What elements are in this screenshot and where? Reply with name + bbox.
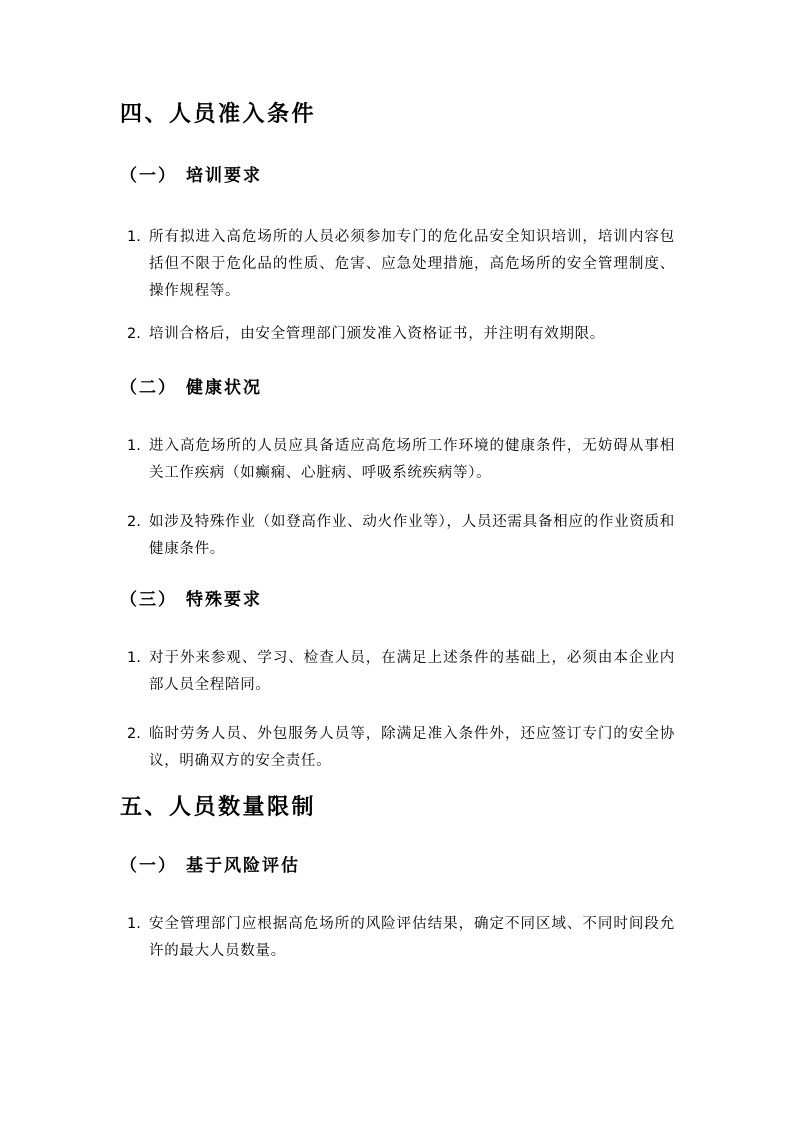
item-text: 如涉及特殊作业（如登高作业、动火作业等），人员还需具备相应的作业资质和健康条件。: [149, 514, 675, 557]
item-text: 所有拟进入高危场所的人员必须参加专门的危化品安全知识培训，培训内容包括但不限于危…: [149, 229, 675, 299]
item-number: 2.: [127, 509, 141, 536]
subsection-number: （三）: [120, 590, 177, 610]
item-text: 对于外来参观、学习、检查人员，在满足上述条件的基础上，必须由本企业内部人员全程陪…: [149, 650, 675, 693]
subsection-number: （二）: [120, 378, 177, 398]
subsection-title: 健康状况: [186, 378, 262, 398]
item-text: 安全管理部门应根据高危场所的风险评估结果，确定不同区域、不同时间段允许的最大人员…: [149, 916, 675, 959]
item-text: 临时劳务人员、外包服务人员等，除满足准入条件外，还应签订专门的安全协议，明确双方…: [149, 726, 675, 769]
list-item: 2. 临时劳务人员、外包服务人员等，除满足准入条件外，还应签订专门的安全协议，明…: [120, 721, 675, 775]
section-heading-4: 四、人员准入条件: [120, 100, 675, 130]
item-number: 2.: [127, 321, 141, 348]
list-item: 1. 所有拟进入高危场所的人员必须参加专门的危化品安全知识培训，培训内容包括但不…: [120, 224, 675, 305]
subsection-title: 培训要求: [186, 166, 262, 186]
numbered-list: 1. 对于外来参观、学习、检查人员，在满足上述条件的基础上，必须由本企业内部人员…: [120, 645, 675, 775]
subsection-heading-special: （三）特殊要求: [120, 588, 675, 612]
list-item: 1. 进入高危场所的人员应具备适应高危场所工作环境的健康条件，无妨碍从事相关工作…: [120, 433, 675, 487]
document-page: 四、人员准入条件 （一）培训要求 1. 所有拟进入高危场所的人员必须参加专门的危…: [0, 0, 793, 1122]
numbered-list: 1. 所有拟进入高危场所的人员必须参加专门的危化品安全知识培训，培训内容包括但不…: [120, 224, 675, 348]
numbered-list: 1. 安全管理部门应根据高危场所的风险评估结果，确定不同区域、不同时间段允许的最…: [120, 911, 675, 965]
item-number: 1.: [127, 911, 141, 938]
item-number: 2.: [127, 721, 141, 748]
list-item: 1. 安全管理部门应根据高危场所的风险评估结果，确定不同区域、不同时间段允许的最…: [120, 911, 675, 965]
subsection-heading-training: （一）培训要求: [120, 164, 675, 188]
subsection-title: 特殊要求: [186, 590, 262, 610]
item-number: 1.: [127, 224, 141, 251]
subsection-heading-health: （二）健康状况: [120, 376, 675, 400]
item-number: 1.: [127, 645, 141, 672]
section-heading-5: 五、人员数量限制: [120, 793, 675, 823]
list-item: 2. 培训合格后，由安全管理部门颁发准入资格证书，并注明有效期限。: [120, 321, 675, 348]
item-text: 培训合格后，由安全管理部门颁发准入资格证书，并注明有效期限。: [149, 326, 605, 342]
subsection-title: 基于风险评估: [186, 856, 300, 876]
subsection-number: （一）: [120, 166, 177, 186]
numbered-list: 1. 进入高危场所的人员应具备适应高危场所工作环境的健康条件，无妨碍从事相关工作…: [120, 433, 675, 563]
item-text: 进入高危场所的人员应具备适应高危场所工作环境的健康条件，无妨碍从事相关工作疾病（…: [149, 438, 675, 481]
list-item: 1. 对于外来参观、学习、检查人员，在满足上述条件的基础上，必须由本企业内部人员…: [120, 645, 675, 699]
subsection-number: （一）: [120, 856, 177, 876]
item-number: 1.: [127, 433, 141, 460]
subsection-heading-risk: （一）基于风险评估: [120, 854, 675, 878]
list-item: 2. 如涉及特殊作业（如登高作业、动火作业等），人员还需具备相应的作业资质和健康…: [120, 509, 675, 563]
